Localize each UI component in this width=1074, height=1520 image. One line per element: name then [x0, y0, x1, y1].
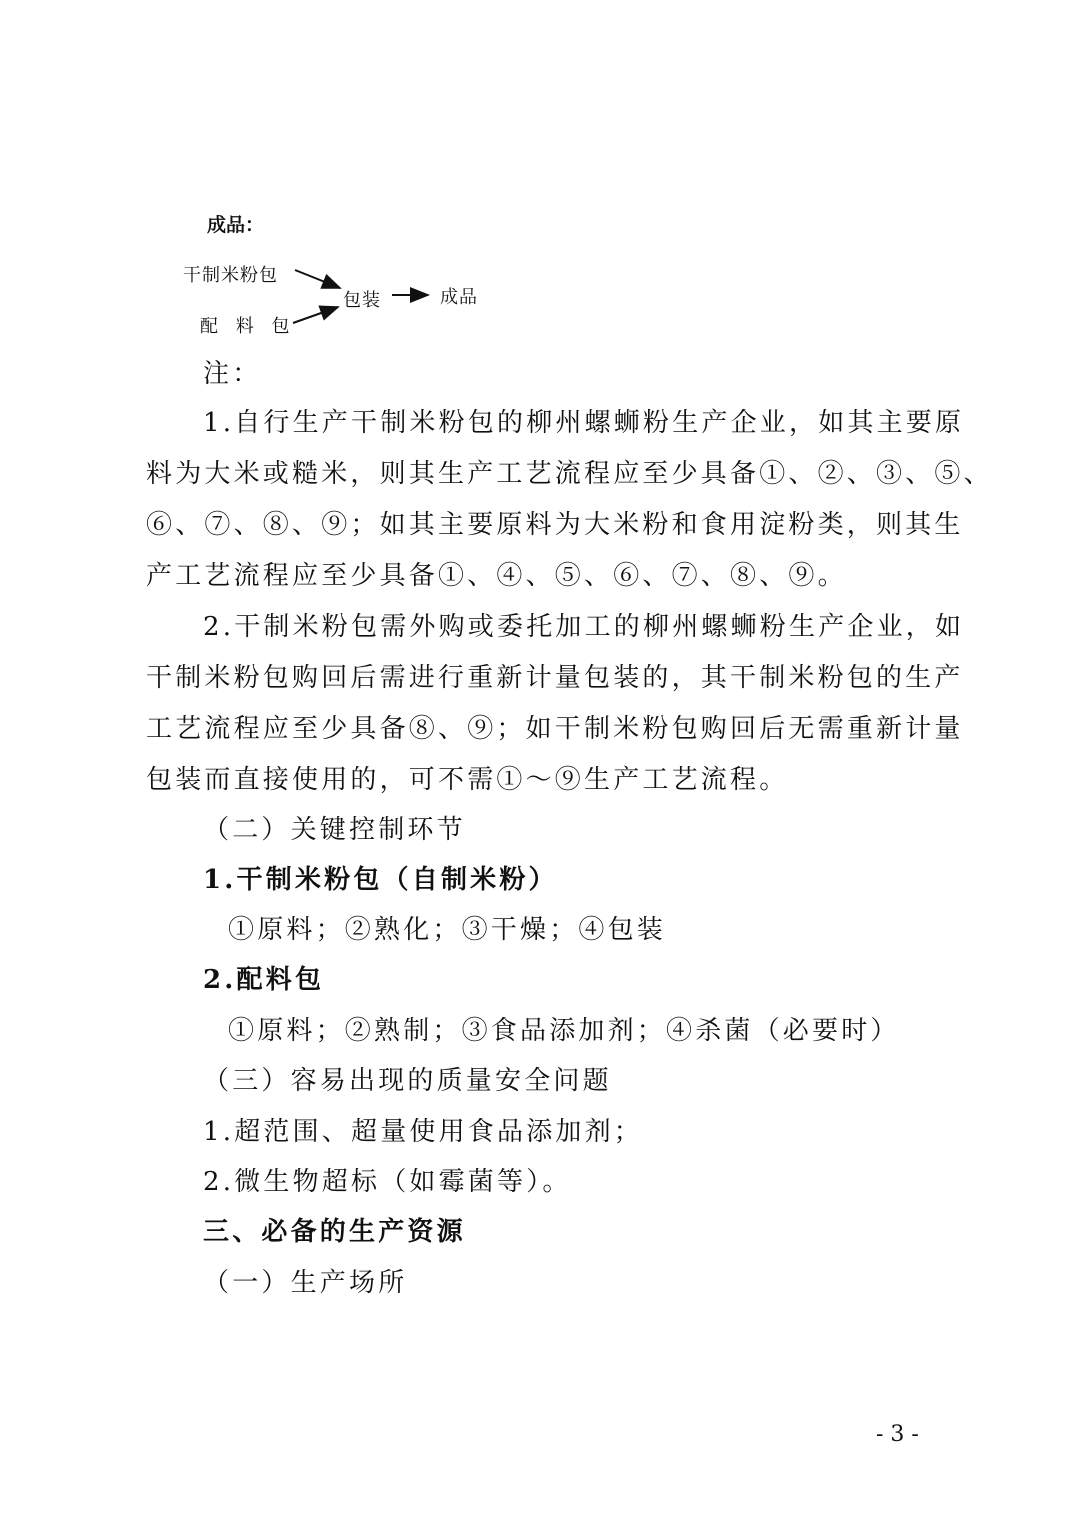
note1-line: ⑥、⑦、⑧、⑨；如其主要原料为大米粉和食用淀粉类，则其生 — [146, 507, 964, 543]
key-control-item2-steps: ①原料；②熟制；③食品添加剂；④杀菌（必要时） — [228, 1013, 900, 1049]
note1-line: 料为大米或糙米，则其生产工艺流程应至少具备①、②、③、⑤、 — [146, 456, 993, 492]
note2-line: 工艺流程应至少具备⑧、⑨；如干制米粉包购回后无需重新计量 — [146, 711, 964, 747]
key-control-item2-title: 2.配料包 — [203, 962, 324, 998]
subsection-heading-site: （一）生产场所 — [203, 1265, 407, 1301]
notes-label: 注： — [203, 356, 261, 392]
section-heading-key-control: （二）关键控制环节 — [203, 812, 466, 848]
page-number: - 3 - — [876, 1422, 919, 1447]
quality-issue-item: 2.微生物超标（如霉菌等）。 — [203, 1164, 572, 1200]
key-control-item1-title: 1.干制米粉包（自制米粉） — [203, 862, 558, 898]
note1-line: 产工艺流程应至少具备①、④、⑤、⑥、⑦、⑧、⑨。 — [146, 558, 847, 594]
diagram-arrows — [0, 0, 1074, 400]
quality-issue-item: 1.超范围、超量使用食品添加剂； — [203, 1114, 643, 1150]
key-control-item1-steps: ①原料；②熟化；③干燥；④包装 — [228, 912, 666, 948]
note2-line: 2.干制米粉包需外购或委托加工的柳州螺蛳粉生产企业，如 — [203, 609, 964, 645]
note2-line: 干制米粉包购回后需进行重新计量包装的，其干制米粉包的生产 — [146, 660, 964, 696]
arrow-icon — [293, 270, 428, 323]
section-heading-quality: （三）容易出现的质量安全问题 — [203, 1063, 612, 1099]
note2-line: 包装而直接使用的，可不需①～⑨生产工艺流程。 — [146, 762, 788, 798]
note1-line: 1.自行生产干制米粉包的柳州螺蛳粉生产企业，如其主要原 — [203, 405, 964, 441]
section-heading-resources: 三、必备的生产资源 — [203, 1214, 466, 1250]
